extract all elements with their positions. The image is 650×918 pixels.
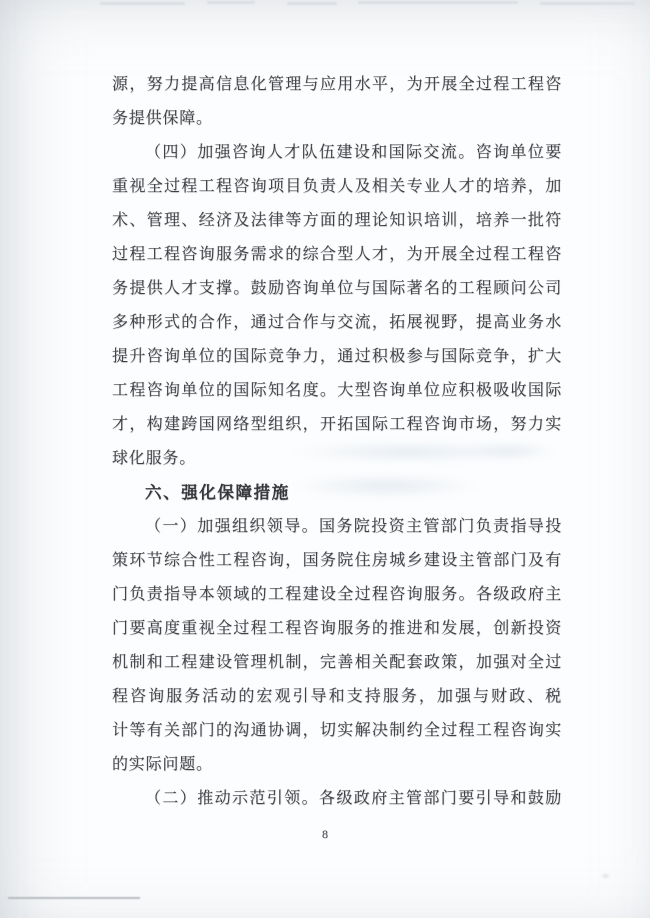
scan-edge-artifact	[100, 2, 185, 5]
text-line: 策环节综合性工程咨询，国务院住房城乡建设主管部门及有关部	[112, 544, 562, 578]
text-line: 门要高度重视全过程工程咨询服务的推进和发展，创新投资决策	[112, 612, 562, 646]
text-block: 源，努力提高信息化管理与应用水平，为开展全过程工程咨询业务提供保障。（四）加强咨…	[112, 68, 562, 816]
text-line: （二）推动示范引领。各级政府主管部门要引导和鼓励工程	[112, 782, 562, 816]
text-line: 务提供保障。	[112, 102, 562, 136]
text-line: 术、管理、经济及法律等方面的理论知识培训，培养一批符合全	[112, 204, 562, 238]
text-line: 程咨询服务活动的宏观引导和支持服务，加强与财政、税务、审	[112, 680, 562, 714]
text-line: 工程咨询单位的国际知名度。大型咨询单位应积极吸收国际化人	[112, 374, 562, 408]
text-line: 过程工程咨询服务需求的综合型人才，为开展全过程工程咨询业	[112, 238, 562, 272]
document-page: 源，努力提高信息化管理与应用水平，为开展全过程工程咨询业务提供保障。（四）加强咨…	[0, 0, 650, 918]
text-line: （四）加强咨询人才队伍建设和国际交流。咨询单位要高度	[112, 136, 562, 170]
text-line: 多种形式的合作，通过合作与交流，拓展视野，提高业务水平，	[112, 306, 562, 340]
text-line: （一）加强组织领导。国务院投资主管部门负责指导投资决	[112, 510, 562, 544]
scan-edge-artifact	[358, 1, 518, 4]
text-line: 的实际问题。	[112, 748, 562, 782]
scan-edge-artifact	[287, 2, 337, 5]
text-line: 才，构建跨国网络型组织，开拓国际工程咨询市场，努力实现全	[112, 408, 562, 442]
scan-fold-line	[8, 897, 140, 899]
text-line: 源，努力提高信息化管理与应用水平，为开展全过程工程咨询业	[112, 68, 562, 102]
text-line: 球化服务。	[112, 442, 562, 476]
scan-speck-artifact	[602, 874, 609, 878]
text-line: 机制和工程建设管理机制，完善相关配套政策，加强对全过程工	[112, 646, 562, 680]
scan-edge-artifact	[540, 2, 635, 5]
page-number: 8	[0, 824, 650, 844]
text-line: 计等有关部门的沟通协调，切实解决制约全过程工程咨询实施中	[112, 714, 562, 748]
section-heading: 六、强化保障措施	[112, 476, 562, 510]
text-line: 提升咨询单位的国际竞争力，通过积极参与国际竞争，扩大我国	[112, 340, 562, 374]
text-line: 门负责指导本领域的工程建设全过程咨询服务。各级政府主管部	[112, 578, 562, 612]
scan-edge-artifact	[207, 1, 255, 4]
text-line: 务提供人才支撑。鼓励咨询单位与国际著名的工程顾问公司开展	[112, 272, 562, 306]
text-line: 重视全过程工程咨询项目负责人及相关专业人才的培养，加强技	[112, 170, 562, 204]
